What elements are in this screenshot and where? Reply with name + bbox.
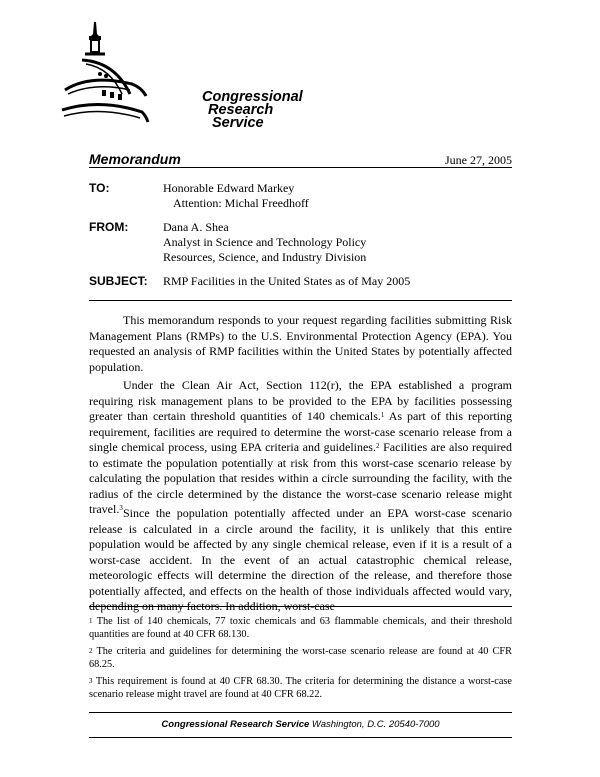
footnote-ref-1[interactable]: 1 (381, 411, 385, 419)
from-label: FROM: (89, 220, 128, 235)
crs-logo: Congressional Research Service (60, 12, 260, 127)
from-division: Resources, Science, and Industry Divisio… (163, 250, 366, 265)
footnote-ref-2[interactable]: 2 (376, 442, 380, 450)
footnote-2-text: The criteria and guidelines for determin… (89, 646, 512, 670)
footer-bottom-rule (89, 737, 512, 738)
memo-date: June 27, 2005 (445, 153, 512, 168)
logo-line-3: Service (202, 117, 303, 130)
footnote-1-text: The list of 140 chemicals, 77 toxic chem… (89, 616, 512, 640)
to-label: TO: (89, 181, 109, 196)
to-attention: Attention: Michal Freedhoff (163, 196, 309, 211)
logo-text: Congressional Research Service (202, 91, 303, 130)
footnote-1: 1 The list of 140 chemicals, 77 toxic ch… (89, 615, 512, 641)
footnote-divider (89, 606, 512, 607)
page-footer: Congressional Research Service Washingto… (89, 719, 512, 730)
from-name: Dana A. Shea (163, 220, 366, 235)
footer-address: Washington, D.C. 20540-7000 (309, 719, 439, 730)
footnote-3: 3 This requirement is found at 40 CFR 68… (89, 675, 512, 701)
memo-header: Memorandum June 27, 2005 (89, 151, 512, 168)
footer-org: Congressional Research Service (161, 719, 309, 730)
footer-top-rule (89, 712, 512, 713)
paragraph-3: Since the population potentially affecte… (89, 506, 512, 615)
subject-label: SUBJECT: (89, 274, 148, 289)
from-title: Analyst in Science and Technology Policy (163, 235, 366, 250)
paragraph-2: Under the Clean Air Act, Section 112(r),… (89, 378, 512, 518)
footnote-3-text: This requirement is found at 40 CFR 68.3… (89, 676, 512, 700)
memo-title: Memorandum (89, 151, 181, 167)
header-divider (89, 300, 512, 301)
paragraph-1: This memorandum responds to your request… (89, 313, 512, 375)
subject-text: RMP Facilities in the United States as o… (163, 274, 410, 289)
to-name: Honorable Edward Markey (163, 181, 309, 196)
footnote-2: 2 The criteria and guidelines for determ… (89, 645, 512, 671)
